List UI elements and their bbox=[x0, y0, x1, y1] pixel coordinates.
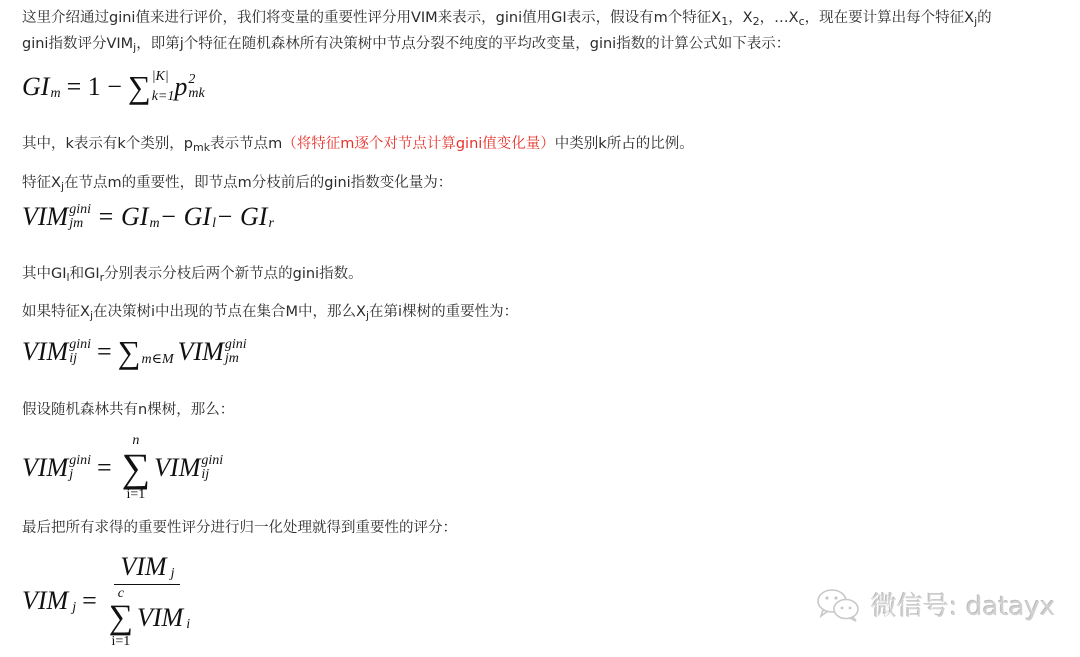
math-superscript: 2 bbox=[188, 73, 204, 87]
wechat-watermark: 微信号: datayx bbox=[815, 586, 1055, 623]
formula-vim-j-gini: VIM ginij = n ∑ i=1 VIM giniij bbox=[22, 434, 223, 502]
math-subscript: jm bbox=[225, 352, 247, 366]
math-superscript: gini bbox=[69, 454, 91, 468]
math-expression: = GI bbox=[97, 202, 148, 232]
text: 假设随机森林共有n棵树，那么： bbox=[22, 402, 234, 418]
sum-symbol: ∑ bbox=[109, 601, 133, 635]
text: gini指数评分VIM bbox=[22, 36, 133, 52]
watermark-text: 微信号: datayx bbox=[871, 586, 1055, 623]
intro-paragraph-line2: gini指数评分VIMj，即第j个特征在随机森林所有决策树中节点分裂不纯度的平均… bbox=[22, 34, 790, 54]
formula-vim-jm: VIM ginijm = GI m − GI l − GI r bbox=[22, 202, 274, 232]
math-subscript: m bbox=[50, 87, 60, 101]
math-superscript: gini bbox=[69, 203, 91, 217]
subscript: 2 bbox=[753, 15, 760, 28]
math-symbol: VIM bbox=[137, 603, 183, 633]
paragraph-gil-gir: 其中GIl和GIr分别表示分枝后两个新节点的gini指数。 bbox=[22, 264, 363, 284]
formula-gini-index: GI m = 1 − ∑ |K|k=1 p 2mk bbox=[22, 70, 205, 104]
text: 在节点m的重要性，即节点m分枝前后的gini指数变化量为： bbox=[64, 175, 452, 191]
math-symbol: p bbox=[174, 72, 187, 102]
text: 这里介绍通过gini值来进行评价，我们将变量的重要性评分用VIM来表示，gini… bbox=[22, 10, 721, 26]
math-subscript: i=1 bbox=[127, 488, 146, 502]
math-symbol: VIM bbox=[154, 453, 200, 483]
text: 分别表示分枝后两个新节点的gini指数。 bbox=[104, 266, 362, 282]
wechat-icon bbox=[815, 587, 863, 623]
sum-symbol: ∑ bbox=[118, 336, 141, 368]
formula-vim-ij: VIM giniij = ∑ m∈M VIM ginijm bbox=[22, 336, 247, 368]
text: ，X bbox=[728, 10, 752, 26]
math-operator: = bbox=[97, 453, 112, 483]
math-subscript: k=1 bbox=[152, 90, 175, 104]
paragraph-node-importance: 特征Xj在节点m的重要性，即节点m分枝前后的gini指数变化量为： bbox=[22, 173, 452, 193]
text: ，现在要计算出每个特征X bbox=[805, 10, 974, 26]
math-superscript: gini bbox=[69, 338, 91, 352]
text: 其中，k表示有k个类别，p bbox=[22, 136, 193, 152]
paragraph-pmk-definition: 其中，k表示有k个类别，pmk表示节点m（将特征m逐个对节点计算gini值变化量… bbox=[22, 134, 694, 154]
math-superscript: |K| bbox=[152, 70, 175, 84]
math-symbol: VIM bbox=[22, 337, 68, 367]
text: 在决策树i中出现的节点在集合M中，那么X bbox=[93, 304, 366, 320]
math-symbol: VIM bbox=[22, 586, 68, 616]
text: ，即第j个特征在随机森林所有决策树中节点分裂不纯度的平均改变量，gini指数的计… bbox=[136, 36, 790, 52]
math-superscript: gini bbox=[201, 454, 223, 468]
text: 其中GI bbox=[22, 266, 67, 282]
highlighted-note: （将特征m逐个对节点计算gini值变化量） bbox=[282, 136, 555, 152]
text: 特征X bbox=[22, 175, 61, 191]
math-operator: = 1 − bbox=[67, 72, 122, 102]
math-subscript: ij bbox=[201, 468, 223, 482]
math-subscript: i bbox=[186, 618, 190, 632]
math-subscript: r bbox=[268, 217, 273, 231]
text: 如果特征X bbox=[22, 304, 90, 320]
paragraph-n-trees: 假设随机森林共有n棵树，那么： bbox=[22, 400, 234, 420]
sum-symbol: ∑ bbox=[122, 448, 151, 488]
text: 中类别k所占的比例。 bbox=[555, 136, 694, 152]
math-subscript: ij bbox=[69, 352, 91, 366]
intro-paragraph-line1: 这里介绍通过gini值来进行评价，我们将变量的重要性评分用VIM来表示，gini… bbox=[22, 8, 992, 28]
text: 的 bbox=[977, 10, 992, 26]
text: 最后把所有求得的重要性评分进行归一化处理就得到重要性的评分： bbox=[22, 520, 457, 536]
math-symbol: VIM bbox=[120, 552, 166, 582]
math-subscript: m∈M bbox=[141, 353, 173, 367]
text: 和GI bbox=[70, 266, 100, 282]
math-expression: − GI bbox=[216, 202, 267, 232]
math-subscript: j bbox=[171, 567, 175, 581]
math-symbol: VIM bbox=[22, 453, 68, 483]
math-symbol: GI bbox=[22, 72, 49, 102]
fraction: VIM j c ∑ i=1 VIM i bbox=[105, 552, 190, 649]
math-operator: = bbox=[97, 337, 112, 367]
paragraph-tree-importance: 如果特征Xj在决策树i中出现的节点在集合M中，那么Xj在第i棵树的重要性为： bbox=[22, 302, 518, 322]
subscript: mk bbox=[193, 141, 210, 154]
math-symbol: VIM bbox=[22, 202, 68, 232]
math-subscript: i=1 bbox=[111, 635, 130, 649]
math-operator: = bbox=[82, 586, 97, 616]
text: 表示节点m bbox=[210, 136, 282, 152]
math-expression: − GI bbox=[160, 202, 211, 232]
math-superscript: gini bbox=[225, 338, 247, 352]
math-subscript: m bbox=[149, 217, 159, 231]
math-subscript: j bbox=[72, 601, 76, 615]
math-subscript: mk bbox=[188, 87, 204, 101]
math-symbol: VIM bbox=[178, 337, 224, 367]
text: ，…X bbox=[760, 10, 799, 26]
text: 在第i棵树的重要性为： bbox=[369, 304, 518, 320]
math-subscript: j bbox=[69, 468, 91, 482]
formula-vim-j-normalized: VIM j = VIM j c ∑ i=1 VIM i bbox=[22, 552, 190, 649]
paragraph-normalization: 最后把所有求得的重要性评分进行归一化处理就得到重要性的评分： bbox=[22, 518, 457, 538]
math-subscript: jm bbox=[69, 217, 91, 231]
sum-symbol: ∑ bbox=[128, 71, 151, 103]
